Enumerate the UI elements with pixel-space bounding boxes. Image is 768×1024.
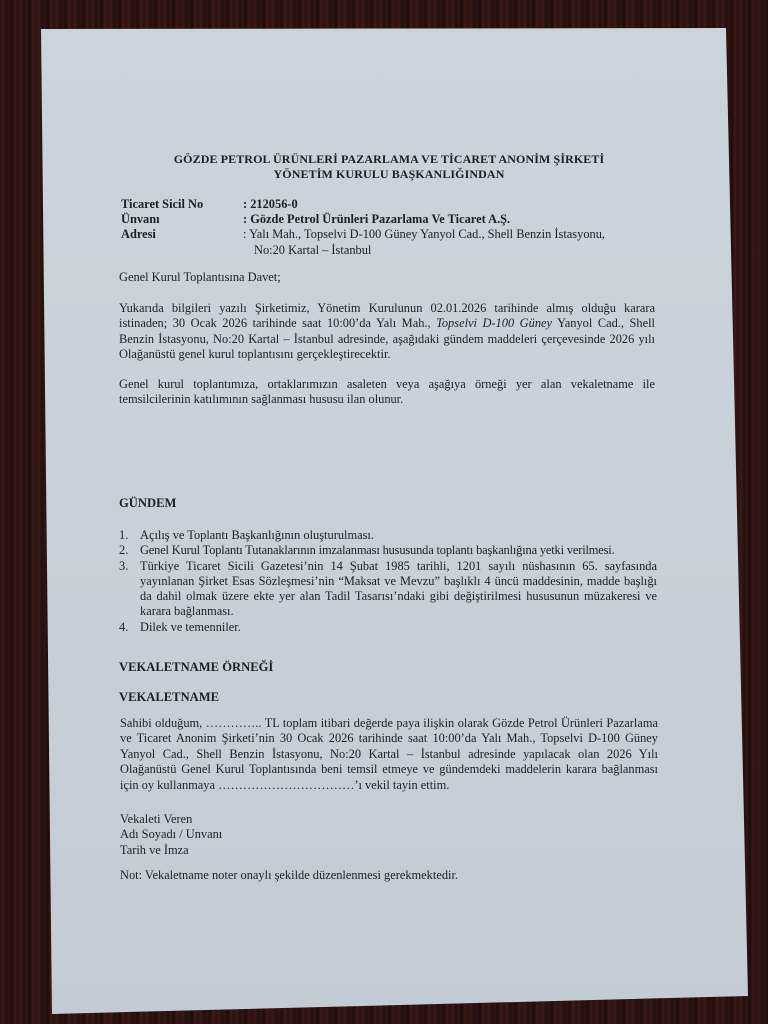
signature-line: Vekaleti Veren: [120, 812, 222, 827]
signature-line: Tarih ve İmza: [120, 843, 222, 858]
proxy-heading: VEKALETNAME: [119, 690, 219, 705]
agenda-list: 1.Açılış ve Toplantı Başkanlığının oluşt…: [119, 528, 657, 635]
agenda-num: 1.: [119, 528, 140, 543]
proxy-sample-heading: VEKALETNAME ÖRNEĞİ: [119, 660, 273, 675]
title-line-2: YÖNETİM KURULU BAŞKANLIĞINDAN: [121, 167, 657, 182]
agenda-item: 2.Genel Kurul Toplantı Tutanaklarının im…: [119, 543, 657, 558]
agenda-num: 2.: [119, 543, 140, 558]
agenda-num: 4.: [119, 620, 140, 635]
participation-paragraph: Genel kurul toplantımıza, ortaklarımızın…: [119, 377, 655, 408]
info-address-continuation: No:20 Kartal – İstanbul: [121, 243, 661, 258]
company-info: Ticaret Sicil No : 212056-0 Ünvanı : Göz…: [121, 197, 661, 258]
signature-line: Adı Soyadı / Unvanı: [120, 827, 222, 842]
document-title: GÖZDE PETROL ÜRÜNLERİ PAZARLAMA VE TİCAR…: [121, 152, 657, 182]
info-value: : Yalı Mah., Topselvi D-100 Güney Yanyol…: [243, 227, 661, 242]
agenda-item: 4.Dilek ve temenniler.: [119, 620, 657, 635]
info-row-trade-registry: Ticaret Sicil No : 212056-0: [121, 197, 661, 212]
invitation-heading: Genel Kurul Toplantısına Davet;: [119, 270, 655, 285]
info-row-address: Adresi : Yalı Mah., Topselvi D-100 Güney…: [121, 227, 661, 242]
title-line-1: GÖZDE PETROL ÜRÜNLERİ PAZARLAMA VE TİCAR…: [121, 152, 657, 167]
agenda-text: Türkiye Ticaret Sicili Gazetesi’nin 14 Ş…: [140, 559, 657, 620]
agenda-item: 3.Türkiye Ticaret Sicili Gazetesi’nin 14…: [119, 559, 657, 620]
signature-block: Vekaleti Veren Adı Soyadı / Unvanı Tarih…: [120, 812, 222, 858]
agenda-heading: GÜNDEM: [119, 496, 176, 511]
info-label: Ünvanı: [121, 212, 243, 227]
agenda-item: 1.Açılış ve Toplantı Başkanlığının oluşt…: [119, 528, 657, 543]
proxy-paragraph: Sahibi olduğum, ………….. TL toplam itibari…: [120, 716, 658, 793]
agenda-text: Açılış ve Toplantı Başkanlığının oluştur…: [140, 528, 657, 543]
info-label: Adresi: [121, 227, 243, 242]
agenda-num: 3.: [119, 559, 140, 620]
info-label: Ticaret Sicil No: [121, 197, 243, 212]
info-value: : Gözde Petrol Ürünleri Pazarlama Ve Tic…: [243, 212, 661, 227]
info-value: : 212056-0: [243, 197, 661, 212]
info-row-title: Ünvanı : Gözde Petrol Ürünleri Pazarlama…: [121, 212, 661, 227]
intro-text-italic: Topselvi D-100 Güney: [436, 316, 552, 330]
intro-paragraph: Yukarıda bilgileri yazılı Şirketimiz, Yö…: [119, 301, 655, 363]
notary-note: Not: Vekaletname noter onaylı şekilde dü…: [120, 868, 458, 883]
agenda-text: Genel Kurul Toplantı Tutanaklarının imza…: [140, 543, 657, 558]
agenda-text: Dilek ve temenniler.: [140, 620, 657, 635]
